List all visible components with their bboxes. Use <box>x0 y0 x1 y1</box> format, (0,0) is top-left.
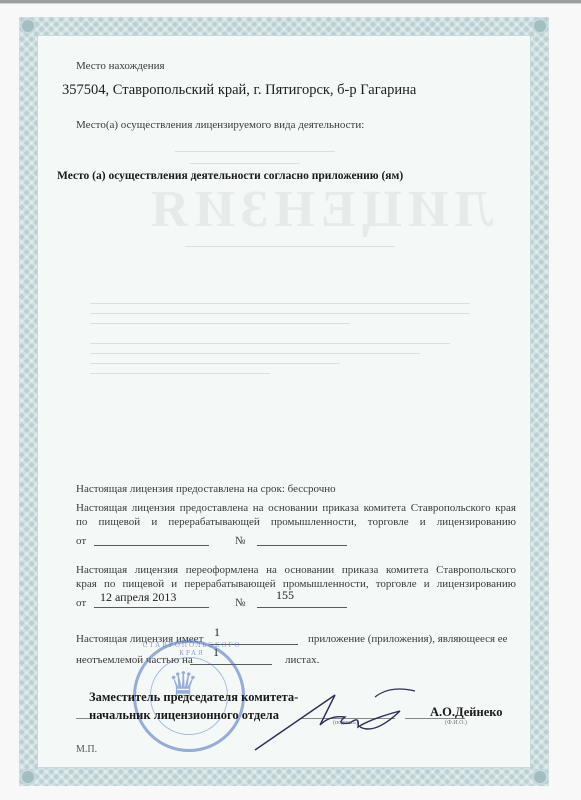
signatory-name: А.О.Дейнеко <box>430 705 503 720</box>
reissued-basis-line1: Настоящая лицензия переоформлена на осно… <box>76 564 516 576</box>
reissued-number-field <box>257 607 347 608</box>
granted-number-label: № <box>235 535 246 547</box>
address-value: 357504, Ставропольский край, г. Пятигорс… <box>62 82 416 99</box>
reissued-from-label: от <box>76 597 86 609</box>
reissued-number: 155 <box>276 588 294 603</box>
title-underline <box>76 718 90 719</box>
bleed-line <box>90 343 450 344</box>
watermark-title: ЛИЦЕНЗИЯ <box>145 180 493 239</box>
reissued-date: 12 апреля 2013 <box>100 590 176 605</box>
bleed-line <box>90 363 340 364</box>
stamp-text: СТАВРОПОЛЬСКОГО КРАЯ <box>136 641 248 657</box>
bleed-line <box>90 313 470 314</box>
bleed-line <box>185 246 395 247</box>
reissued-basis-line2: края по пищевой и перерабатывающей промы… <box>76 578 516 590</box>
granted-number-field <box>257 545 347 546</box>
seal-label: М.П. <box>76 744 97 755</box>
appendix-line2-suffix: листах. <box>285 654 319 666</box>
corner-rosette-icon <box>20 18 36 34</box>
appendix-suffix: приложение (приложения), являющееся ее <box>308 633 508 645</box>
bleed-line <box>90 303 470 304</box>
bleed-line <box>90 353 420 354</box>
appendix-count: 1 <box>214 625 220 640</box>
activity-places-value: Место (а) осуществления деятельности сог… <box>57 170 403 182</box>
granted-date-field <box>94 545 209 546</box>
corner-rosette-icon <box>532 18 548 34</box>
reissued-date-field <box>94 607 209 608</box>
name-caption: (Ф.И.О.) <box>445 720 467 726</box>
bleed-line <box>90 323 350 324</box>
location-label: Место нахождения <box>76 60 165 72</box>
bleed-line <box>190 163 300 164</box>
reissued-number-label: № <box>235 597 246 609</box>
bleed-line <box>175 151 335 152</box>
granted-basis-line1: Настоящая лицензия предоставлена на осно… <box>76 502 516 514</box>
corner-rosette-icon <box>532 769 548 785</box>
granted-basis-line2: по пищевой и перерабатывающей промышленн… <box>76 516 516 528</box>
scan-edge-shadow <box>0 3 581 4</box>
bleed-line <box>90 373 270 374</box>
granted-from-label: от <box>76 535 86 547</box>
activity-places-label: Место(а) осуществления лицензируемого ви… <box>76 119 364 131</box>
handwritten-signature <box>250 675 430 755</box>
term-text: Настоящая лицензия предоставлена на срок… <box>76 483 336 495</box>
corner-rosette-icon <box>20 769 36 785</box>
